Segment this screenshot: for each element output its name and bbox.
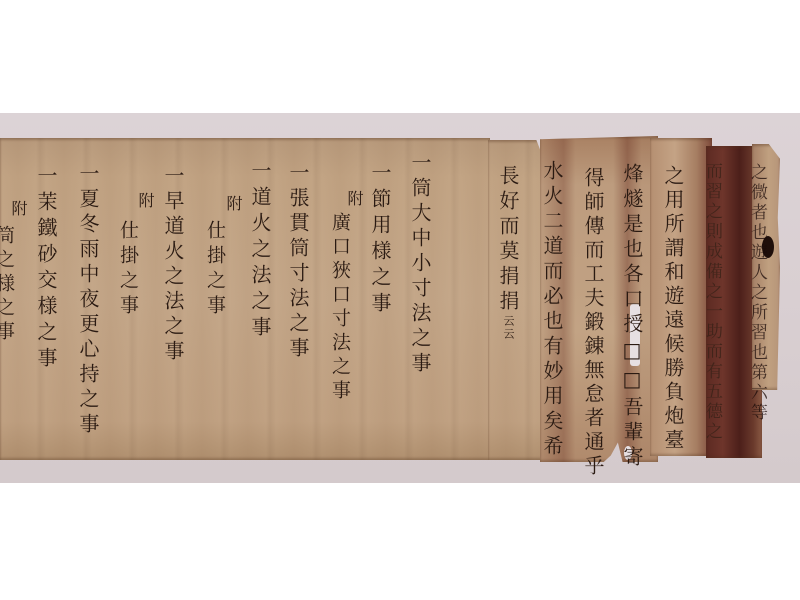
- text-column-7-suffix: 云云: [502, 315, 515, 341]
- item-column-10: 廣口狹口寸法之事: [330, 212, 349, 404]
- item-column-8: 一筒大中小寸法之事: [410, 152, 430, 377]
- text-column-2: 而習之則成備之一助而有五德之: [703, 162, 720, 442]
- item-column-18: 筒之様之事: [0, 225, 13, 345]
- item-column-11: 一張貫筒寸法之事: [288, 162, 308, 362]
- item-column-12: 一道火之法之事: [250, 160, 270, 342]
- item-column-15: 仕掛之事: [118, 220, 137, 320]
- item-column-9: 一節用様之事: [370, 162, 390, 318]
- appendix-label-15: 附: [137, 192, 153, 214]
- text-column-4: 烽燧是也各口授□□吾輩寄: [622, 163, 642, 471]
- text-column-7: 長好而莫捐捐云云: [498, 165, 518, 341]
- text-column-6: 水火二道而必也有妙用矣希: [542, 160, 562, 460]
- text-column-7-main: 長好而莫捐捐: [496, 165, 520, 315]
- item-column-14: 一早道火之法之事: [163, 165, 183, 365]
- appendix-label-18: 附: [10, 200, 26, 222]
- appendix-label-10: 附: [346, 190, 362, 212]
- appendix-label-13: 附: [225, 195, 241, 217]
- item-column-17: 一茉鐵砂交様之事: [36, 165, 56, 373]
- text-column-3: 之用所謂和遊遠候勝負炮臺: [663, 165, 683, 453]
- text-column-5: 得師傳而工夫鍛錬無怠者通乎: [583, 167, 603, 479]
- item-column-13: 仕掛之事: [205, 220, 224, 320]
- item-column-16: 一夏冬雨中夜更心持之事: [78, 163, 98, 438]
- text-column-1: 之微者也遊人之所習也第六等: [748, 163, 765, 423]
